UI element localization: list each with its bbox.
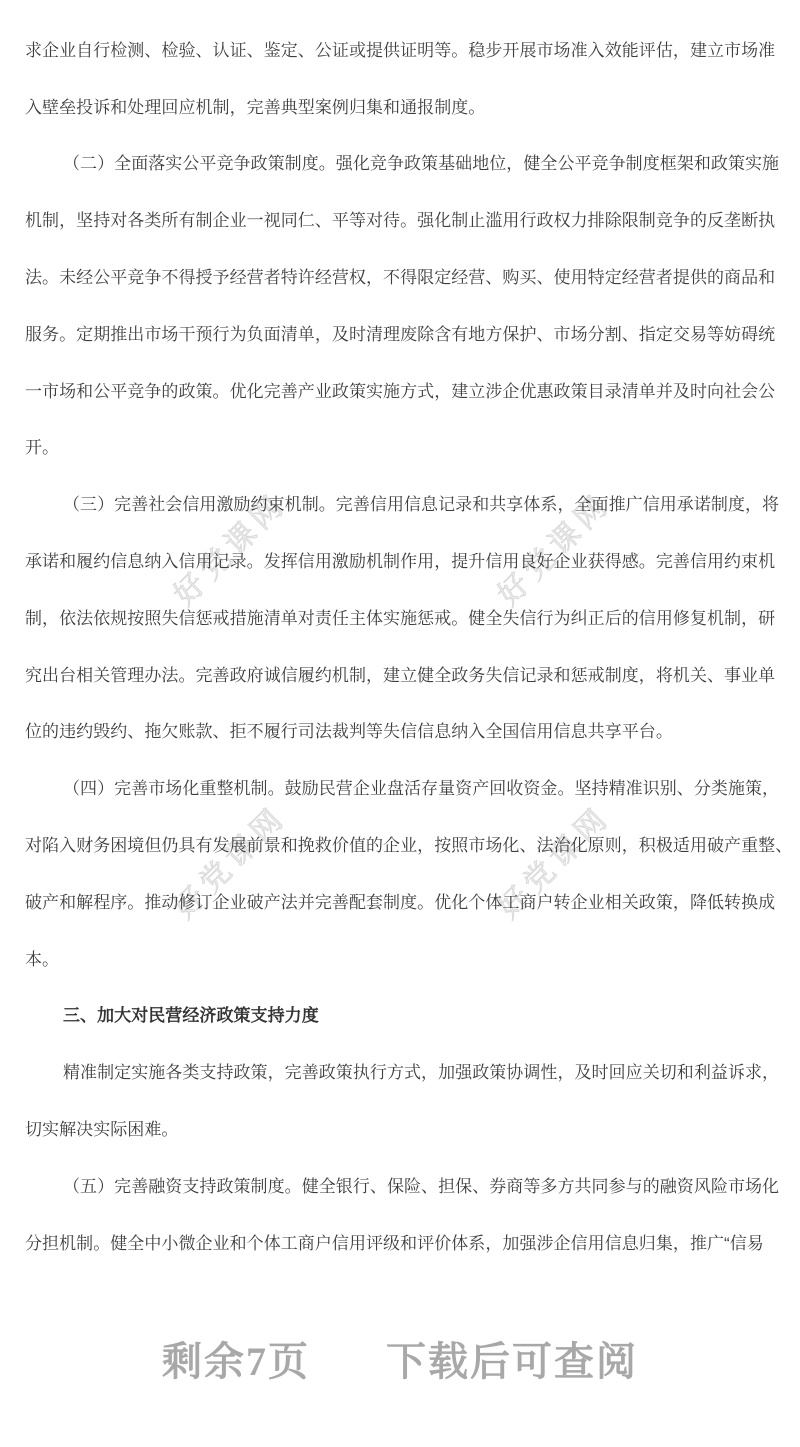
text-line: 切实解决实际困难。 <box>25 1099 775 1156</box>
text-line: 究出台相关管理办法。完善政府诚信履约机制，建立健全政务失信记录和惩戒制度，将机关… <box>25 645 775 702</box>
text-line: 一市场和公平竞争的政策。优化完善产业政策实施方式，建立涉企优惠政策目录清单并及时… <box>25 361 775 418</box>
text-line: （五）完善融资支持政策制度。健全银行、保险、担保、券商等多方共同参与的融资风险市… <box>25 1156 775 1213</box>
text-line: 精准制定实施各类支持政策，完善政策执行方式，加强政策协调性，及时回应关切和利益诉… <box>25 1042 775 1099</box>
text-line: 法。未经公平竞争不得授予经营者特许经营权，不得限定经营、购买、使用特定经营者提供… <box>25 247 775 304</box>
section-heading: 三、加大对民营经济政策支持力度 <box>25 986 775 1043</box>
text-line: （四）完善市场化重整机制。鼓励民营企业盘活存量资产回收资金。坚持精准识别、分类施… <box>25 758 775 815</box>
document-page: 好党课网好党课网好党课网好党课网 求企业自行检测、检验、认证、鉴定、公证或提供证… <box>0 0 800 1447</box>
text-line: 机制，坚持对各类所有制企业一视同仁、平等对待。强化制止滥用行政权力排除限制竞争的… <box>25 190 775 247</box>
text-line: 求企业自行检测、检验、认证、鉴定、公证或提供证明等。稳步开展市场准入效能评估，建… <box>25 20 775 77</box>
footer-banner[interactable]: 剩余7页 下载后可查阅 <box>0 1330 800 1394</box>
text-line: 分担机制。健全中小微企业和个体工商户信用评级和评价体系，加强涉企信用信息归集，推… <box>25 1213 775 1270</box>
text-line: 位的违约毁约、拖欠账款、拒不履行司法裁判等失信信息纳入全国信用信息共享平台。 <box>25 702 775 759</box>
text-line: 破产和解程序。推动修订企业破产法并完善配套制度。优化个体工商户转企业相关政策，降… <box>25 872 775 929</box>
text-line: 本。 <box>25 929 775 986</box>
text-line: 承诺和履约信息纳入信用记录。发挥信用激励机制作用，提升信用良好企业获得感。完善信… <box>25 531 775 588</box>
text-line: 入壁垒投诉和处理回应机制，完善典型案例归集和通报制度。 <box>25 77 775 134</box>
text-line: 对陷入财务困境但仍具有发展前景和挽救价值的企业，按照市场化、法治化原则，积极适用… <box>25 815 775 872</box>
text-line: （三）完善社会信用激励约束机制。完善信用信息记录和共享体系，全面推广信用承诺制度… <box>25 474 775 531</box>
document-body: 求企业自行检测、检验、认证、鉴定、公证或提供证明等。稳步开展市场准入效能评估，建… <box>0 0 800 1270</box>
text-line: 制，依法依规按照失信惩戒措施清单对责任主体实施惩戒。健全失信行为纠正后的信用修复… <box>25 588 775 645</box>
text-line: 服务。定期推出市场干预行为负面清单，及时清理废除含有地方保护、市场分割、指定交易… <box>25 304 775 361</box>
text-line: （二）全面落实公平竞争政策制度。强化竞争政策基础地位，健全公平竞争制度框架和政策… <box>25 134 775 191</box>
pages-remaining-label: 剩余7页 <box>162 1339 310 1384</box>
download-notice-label: 下载后可查阅 <box>386 1339 638 1384</box>
text-line: 开。 <box>25 418 775 475</box>
